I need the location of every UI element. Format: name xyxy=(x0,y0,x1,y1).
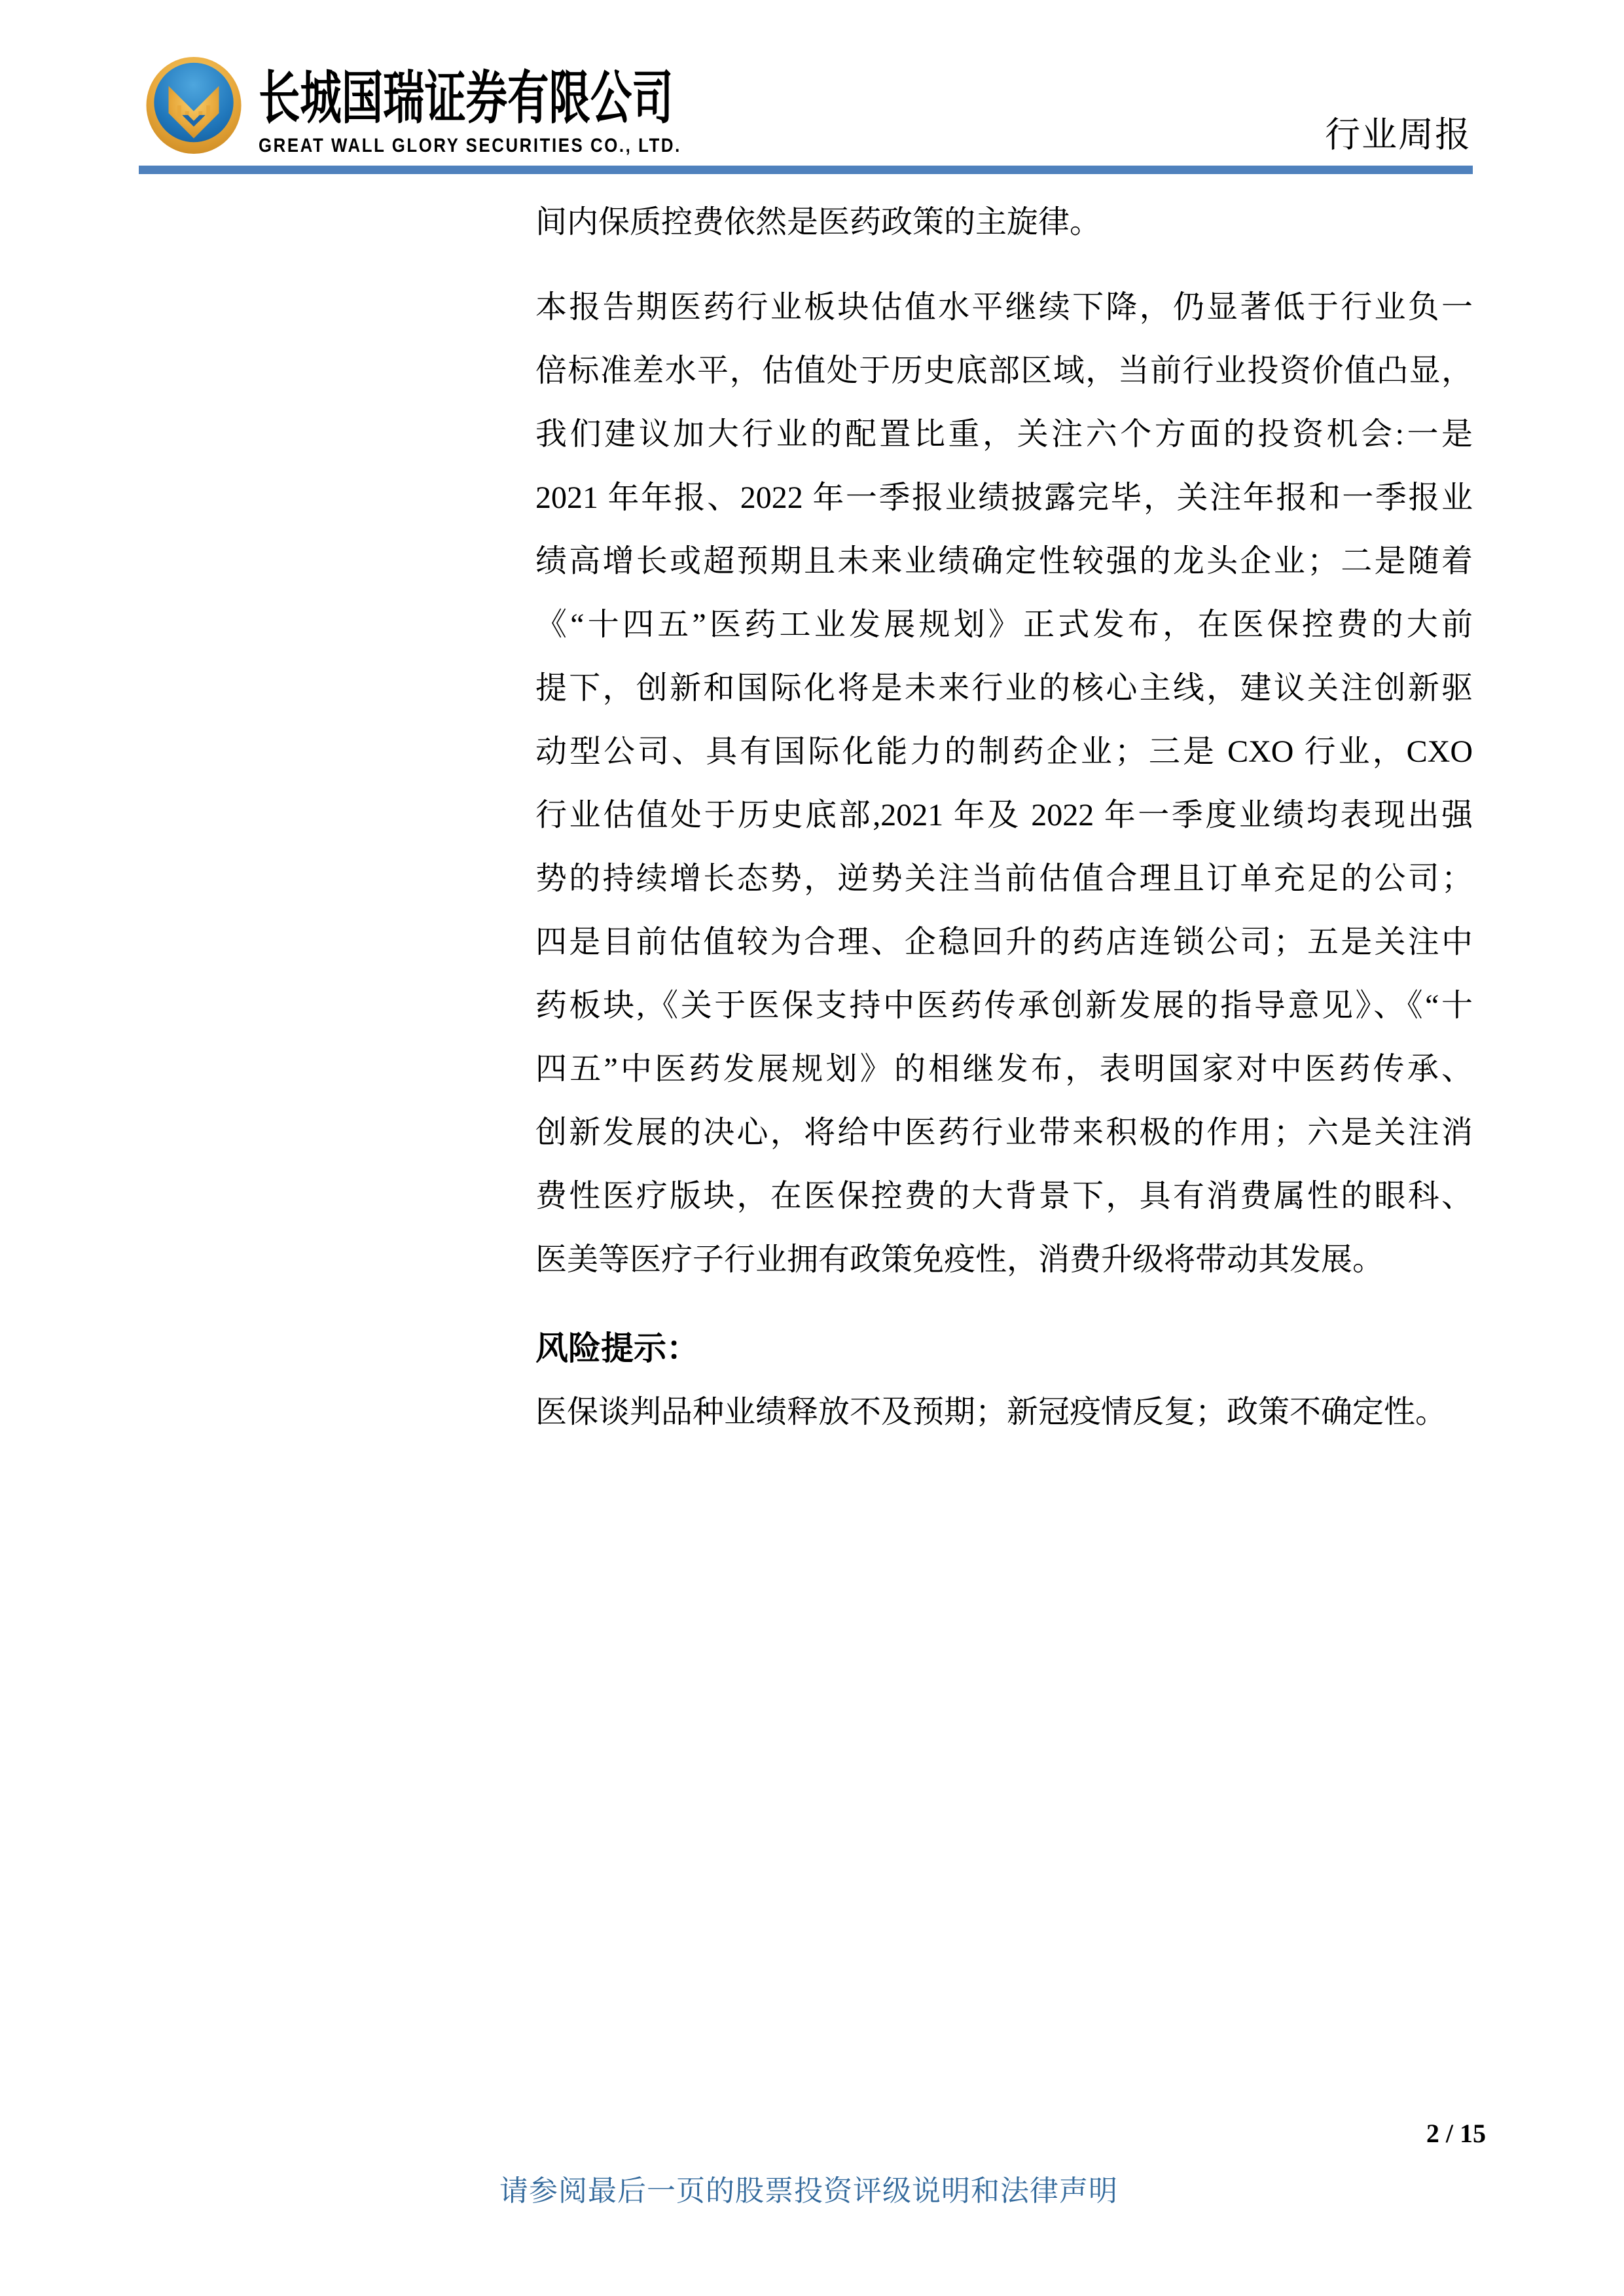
text-line: 势的持续增长态势，逆势关注当前估值合理且订单充足的公司； xyxy=(535,847,1473,910)
text-line: 2021 年年报、2022 年一季报业绩披露完毕，关注年报和一季报业 xyxy=(535,466,1473,529)
risk-paragraph: 医保谈判品种业绩释放不及预期；新冠疫情反复；政策不确定性。 xyxy=(535,1380,1473,1444)
text-line: 我们建议加大行业的配置比重，关注六个方面的投资机会:一是 xyxy=(535,403,1473,466)
report-page: 长城国瑞证券有限公司 GREAT WALL GLORY SECURITIES C… xyxy=(0,0,1624,2296)
risk-heading: 风险提示： xyxy=(535,1317,1473,1380)
company-logo-icon xyxy=(145,56,242,154)
text-line: 费性医疗版块，在医保控费的大背景下，具有消费属性的眼科、 xyxy=(535,1164,1473,1228)
page-header: 长城国瑞证券有限公司 GREAT WALL GLORY SECURITIES C… xyxy=(0,0,1624,177)
text-line: 四五”中医药发展规划》的相继发布，表明国家对中医药传承、 xyxy=(535,1037,1473,1101)
company-brand: 长城国瑞证券有限公司 GREAT WALL GLORY SECURITIES C… xyxy=(259,65,835,157)
text-line: 动型公司、具有国际化能力的制药企业；三是 CXO 行业，CXO xyxy=(535,720,1473,783)
text-line: 绩高增长或超预期且未来业绩确定性较强的龙头企业；二是随着 xyxy=(535,529,1473,593)
document-body: 间内保质控费依然是医药政策的主旋律。 本报告期医药行业板块估值水平继续下降，仍显… xyxy=(535,190,1473,1444)
report-type-label: 行业周报 xyxy=(1325,115,1471,154)
text-line: 本报告期医药行业板块估值水平继续下降，仍显著低于行业负一 xyxy=(535,276,1473,339)
text-line: 提下，创新和国际化将是未来行业的核心主线，建议关注创新驱 xyxy=(535,656,1473,720)
text-line: 医美等医疗子行业拥有政策免疫性，消费升级将带动其发展。 xyxy=(535,1228,1473,1291)
text-line: 行业估值处于历史底部,2021 年及 2022 年一季度业绩均表现出强 xyxy=(535,783,1473,847)
header-divider xyxy=(139,166,1473,174)
page-number: 2 / 15 xyxy=(1426,2118,1486,2149)
text-line: 倍标准差水平，估值处于历史底部区域，当前行业投资价值凸显， xyxy=(535,339,1473,403)
company-name-en: GREAT WALL GLORY SECURITIES CO., LTD. xyxy=(259,135,754,157)
text-line: 创新发展的决心，将给中医药行业带来积极的作用；六是关注消 xyxy=(535,1101,1473,1164)
body-paragraph-main: 本报告期医药行业板块估值水平继续下降，仍显著低于行业负一倍标准差水平，估值处于历… xyxy=(535,276,1473,1291)
company-name-cn: 长城国瑞证券有限公司 xyxy=(259,65,674,131)
text-line: 《“十四五”医药工业发展规划》正式发布，在医保控费的大前 xyxy=(535,593,1473,656)
text-line: 药板块,《关于医保支持中医药传承创新发展的指导意见》、《“十 xyxy=(535,974,1473,1037)
text-line: 四是目前估值较为合理、企稳回升的药店连锁公司；五是关注中 xyxy=(535,910,1473,974)
footer-disclaimer-note: 请参阅最后一页的股票投资评级说明和法律声明 xyxy=(499,2172,1118,2211)
body-paragraph-carryover: 间内保质控费依然是医药政策的主旋律。 xyxy=(535,190,1473,254)
